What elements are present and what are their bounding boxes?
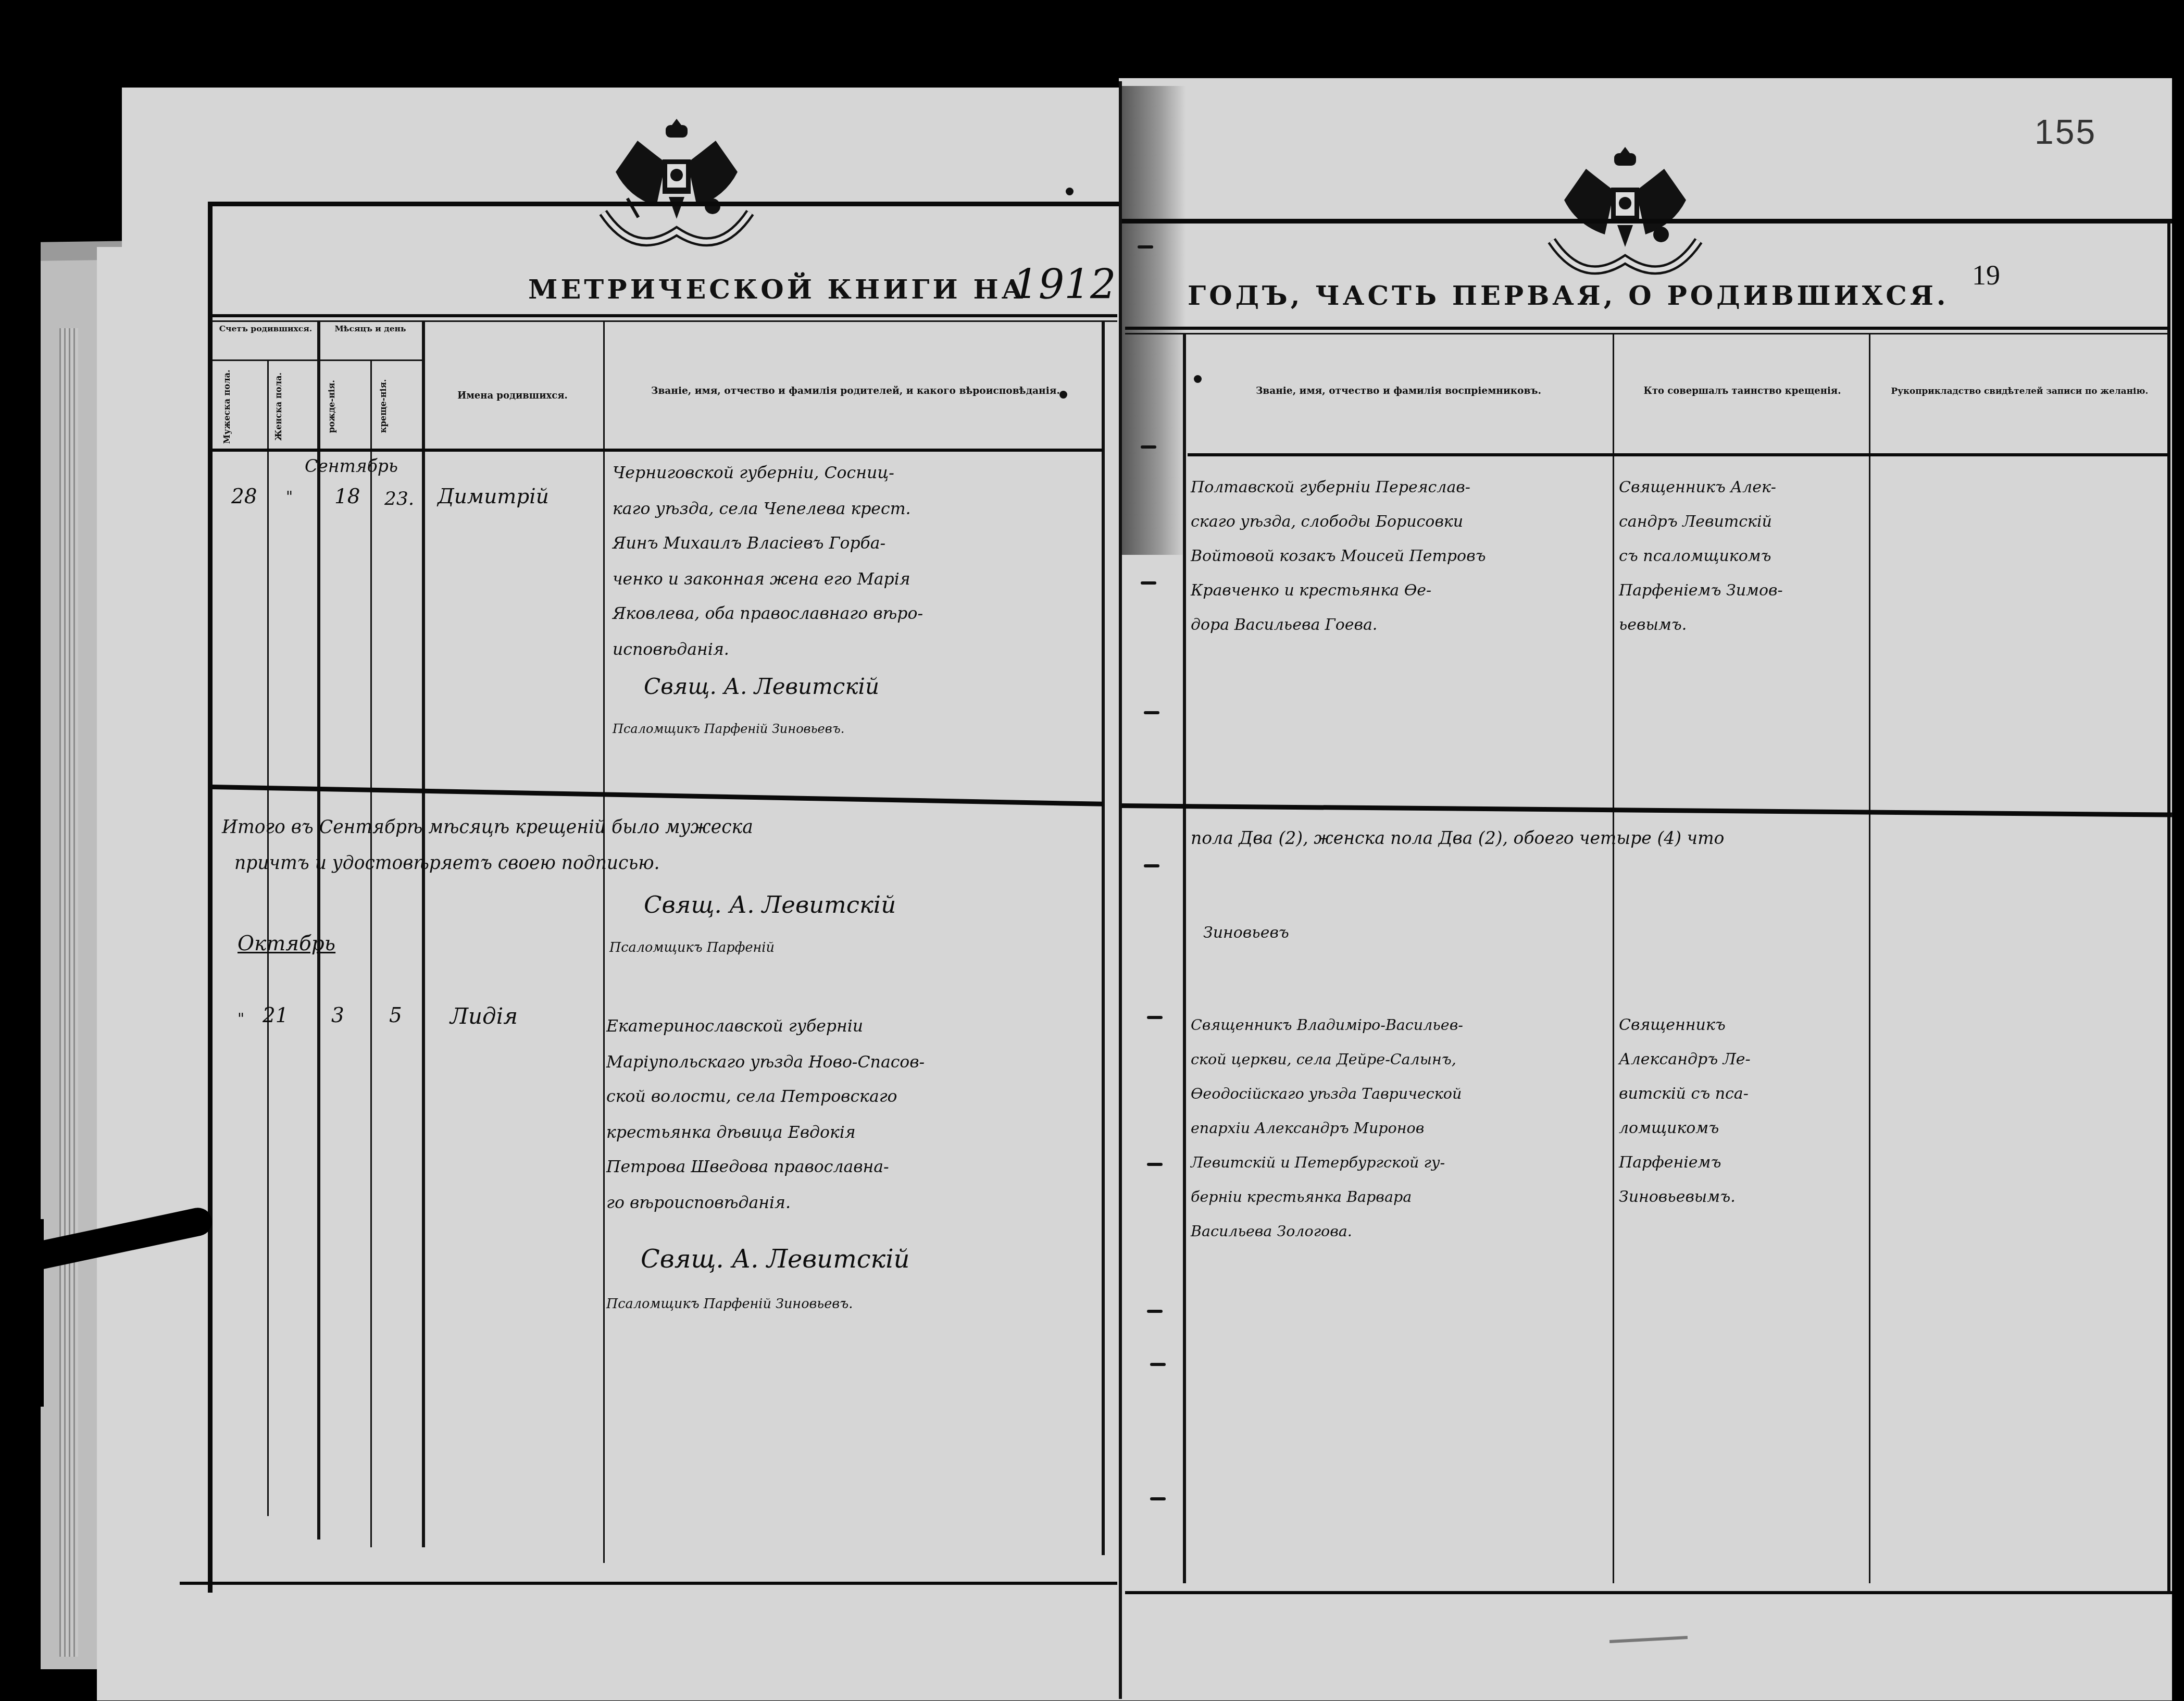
- entry1-parents-line: Яинъ Михаилъ Власіевъ Горба-: [613, 527, 923, 562]
- entry2-birth-day: 3: [331, 1007, 344, 1029]
- entry2-performed-line: Парфеніемъ: [1619, 1147, 1751, 1182]
- entry2-godparents: Священникъ Владиміро-Васильев- ской церк…: [1191, 1010, 1463, 1250]
- header-rule-right: [1125, 327, 2169, 330]
- col-line-witness: [1869, 333, 1870, 1583]
- col-line-month: [317, 320, 320, 1539]
- entry1-godparents-line: Кравченко и крестьянка Ѳе-: [1191, 575, 1486, 610]
- entry2-godparents-line: Ѳеодосійскаго уѣзда Таврической: [1191, 1078, 1463, 1113]
- entry2-psalmist-signature: Псаломщикъ Парфеній Зиновьевъ.: [606, 1297, 853, 1313]
- frame-top-right: [1122, 219, 2172, 224]
- entry1-male-number: 28: [231, 488, 257, 510]
- entry2-priest-signature: Свящ. А. Левитскій: [641, 1244, 910, 1274]
- binding-slot: [1147, 1163, 1163, 1166]
- header-rule-left: [211, 314, 1117, 317]
- entry1-performed-line: съ псаломщикомъ: [1619, 541, 1783, 575]
- right-background: [2172, 0, 2184, 1701]
- entry2-male-number: ": [238, 1010, 244, 1032]
- entry2-parents-line: го вѣроисповѣданія.: [606, 1186, 925, 1221]
- entry1-parents-line: Черниговской губерніи, Сосниц-: [613, 456, 923, 492]
- gutter-shadow: [1120, 86, 1186, 555]
- entry2-performed-line: витскій съ пса-: [1619, 1078, 1751, 1113]
- binding-hole: [1066, 188, 1074, 195]
- summary-line1-right: пола Два (2), женска пола Два (2), обоег…: [1191, 828, 1724, 851]
- entry2-godparents-line: ской церкви, села Дейре-Салынъ,: [1191, 1044, 1463, 1078]
- gutter-line: [1119, 81, 1122, 1699]
- summary-priest-signature: Свящ. А. Левитскій: [644, 891, 896, 919]
- entry2-parents-line: ской волости, села Петровскаго: [606, 1080, 925, 1115]
- frame-bottom-left: [180, 1582, 1117, 1585]
- header-baptism: креще-нія.: [380, 367, 414, 445]
- header-rule-left-2: [211, 320, 1117, 322]
- header-parents: Званіе, имя, отчество и фамилія родителе…: [617, 383, 1094, 402]
- entry2-performed-line: Зиновьевымъ.: [1619, 1182, 1751, 1216]
- entry2-godparents-line: Священникъ Владиміро-Васильев-: [1191, 1010, 1463, 1044]
- binding-hole: [1194, 375, 1202, 383]
- header-male: Мужеска пола.: [223, 367, 258, 445]
- binding-slot: [1141, 445, 1156, 449]
- emblem-left: [591, 109, 763, 250]
- book-edge-stripes: [59, 328, 78, 1657]
- summary-psalmist-signature-right: Зиновьевъ: [1203, 925, 1289, 942]
- header-rule-right-2: [1125, 333, 2169, 334]
- entry2-month: Октябрь: [238, 935, 335, 957]
- entry2-godparents-line: Васильева Зологова.: [1191, 1216, 1463, 1250]
- entry1-parents-line: исповѣданія.: [613, 632, 923, 668]
- header-month-day: Мѣсяцъ и день: [320, 324, 420, 336]
- header-bottom-rule-right: [1188, 453, 2169, 456]
- col-line-left-end: [1102, 320, 1105, 1555]
- frame-top-left: [208, 202, 1119, 206]
- title-year: 1912: [1013, 263, 1116, 309]
- binding-slot: [1147, 1310, 1163, 1313]
- entry2-performed-line: ломщикомъ: [1619, 1113, 1751, 1147]
- summary-line1-left: Итого въ Сентябрѣ мѣсяцѣ крещеній было м…: [222, 816, 753, 838]
- emblem-right: [1539, 138, 1711, 278]
- entry2-godparents-line: епархіи Александръ Миронов: [1191, 1113, 1463, 1147]
- title-right: ГОДЪ, ЧАСТЬ ПЕРВАЯ, О РОДИВШИХСЯ.: [1188, 281, 1949, 313]
- entry2-baptism-day: 5: [389, 1007, 402, 1029]
- entry1-performed-line: Священникъ Алек-: [1619, 472, 1783, 506]
- right-page: [1119, 78, 2178, 1700]
- entry1-parents-line: каго уѣзда, села Чепелева крест.: [613, 492, 923, 527]
- header-godparents: Званіе, имя, отчество и фамилія воспріем…: [1219, 383, 1578, 402]
- entry1-godparents-line: дора Васильева Гоева.: [1191, 610, 1486, 644]
- entry1-priest-signature: Свящ. А. Левитскій: [644, 675, 879, 700]
- entry2-performed-line: Священникъ: [1619, 1010, 1751, 1044]
- left-page: [97, 247, 1119, 1700]
- entry2-parents-line: Екатеринославской губерніи: [606, 1010, 925, 1045]
- entry1-performed-line: сандръ Левитскій: [1619, 506, 1783, 541]
- header-bottom-rule-left: [213, 449, 1103, 452]
- entry2-performed-by: Священникъ Александръ Ле- витскій съ пса…: [1619, 1010, 1751, 1216]
- binding-slot: [1138, 245, 1153, 249]
- frame-left: [208, 202, 213, 1593]
- col-line-day-split: [370, 359, 372, 1547]
- entry2-parents-line: крестьянка дѣвица Евдокія: [606, 1115, 925, 1151]
- entry1-parents-line: Яковлева, оба православнаго вѣро-: [613, 597, 923, 632]
- header-names: Имена родившихся.: [425, 391, 600, 403]
- col-line-names: [422, 320, 425, 1547]
- entry1-godparents-line: Войтовой козакъ Моисей Петровъ: [1191, 541, 1486, 575]
- subheader-rule-count: [213, 359, 422, 361]
- scanned-page-spread: 155: [0, 0, 2184, 1701]
- binding-slot: [1144, 864, 1159, 867]
- entry1-female-number: ": [286, 488, 293, 510]
- entry2-performed-line: Александръ Ле-: [1619, 1044, 1751, 1078]
- entry1-baptism-day: 23.: [384, 488, 414, 510]
- binding-slot: [1144, 711, 1159, 714]
- entry1-performed-by: Священникъ Алек- сандръ Левитскій съ пса…: [1619, 472, 1783, 644]
- entry2-parents-line: Маріупольскаго уѣзда Ново-Спасов-: [606, 1045, 925, 1081]
- binding-slot: [1150, 1363, 1166, 1366]
- entry1-godparents-line: Полтавской губерніи Переяслав-: [1191, 472, 1486, 506]
- col-line-godparents: [1183, 333, 1186, 1583]
- binding-slot: [1141, 581, 1156, 585]
- binding-hole: [1059, 391, 1067, 399]
- entry1-birth-day: 18: [334, 488, 360, 510]
- summary-psalmist-signature-left: Псаломщикъ Парфеній: [609, 941, 775, 957]
- binding-slot: [1147, 1016, 1163, 1019]
- header-female: Женска пола.: [275, 367, 309, 445]
- summary-line2: причтъ и удостовѣряетъ своею подписью.: [234, 852, 660, 874]
- frame-bottom-right: [1125, 1591, 2172, 1594]
- entry1-performed-line: Парфеніемъ Зимов-: [1619, 575, 1783, 610]
- entry2-parents-line: Петрова Шведова православна-: [606, 1150, 925, 1186]
- entry2-godparents-line: берніи крестьянка Варвара: [1191, 1182, 1463, 1216]
- binding-slot: [1150, 1497, 1166, 1500]
- entry2-godparents-line: Левитскій и Петербургской гу-: [1191, 1147, 1463, 1182]
- sheet-number: 19: [1972, 259, 2000, 292]
- header-witness: Рукоприкладство свидѣтелей записи по жел…: [1875, 383, 2164, 402]
- header-count: Счетъ родившихся.: [216, 324, 316, 336]
- col-line-performer: [1613, 333, 1614, 1583]
- frame-right: [2167, 219, 2170, 1594]
- title-left: МЕТРИЧЕСКОЙ КНИГИ НА: [528, 275, 1026, 306]
- entry1-performed-line: ьевымъ.: [1619, 610, 1783, 644]
- header-performed-by: Кто совершалъ таинство крещенія.: [1625, 383, 1859, 402]
- entry1-child-name: Димитрій: [438, 488, 549, 510]
- page-clip-shadow: [0, 1219, 44, 1407]
- entry1-godparents: Полтавской губерніи Переяслав- скаго уѣз…: [1191, 472, 1486, 644]
- entry1-parents: Черниговской губерніи, Сосниц- каго уѣзд…: [613, 456, 923, 667]
- header-birth: рожде-нія.: [328, 367, 363, 445]
- entry1-month: Сентябрь: [305, 456, 398, 479]
- entry1-godparents-line: скаго уѣзда, слободы Борисовки: [1191, 506, 1486, 541]
- entry1-psalmist-signature: Псаломщикъ Парфеній Зиновьевъ.: [613, 722, 844, 736]
- col-line-parents: [603, 320, 605, 1563]
- entry2-female-number: 21: [263, 1007, 289, 1029]
- entry2-child-name: Лидія: [450, 1007, 518, 1029]
- entry2-parents: Екатеринославской губерніи Маріупольскаг…: [606, 1010, 925, 1221]
- page-number-stamp: 155: [2035, 113, 2096, 153]
- entry1-parents-line: ченко и законная жена его Марія: [613, 562, 923, 598]
